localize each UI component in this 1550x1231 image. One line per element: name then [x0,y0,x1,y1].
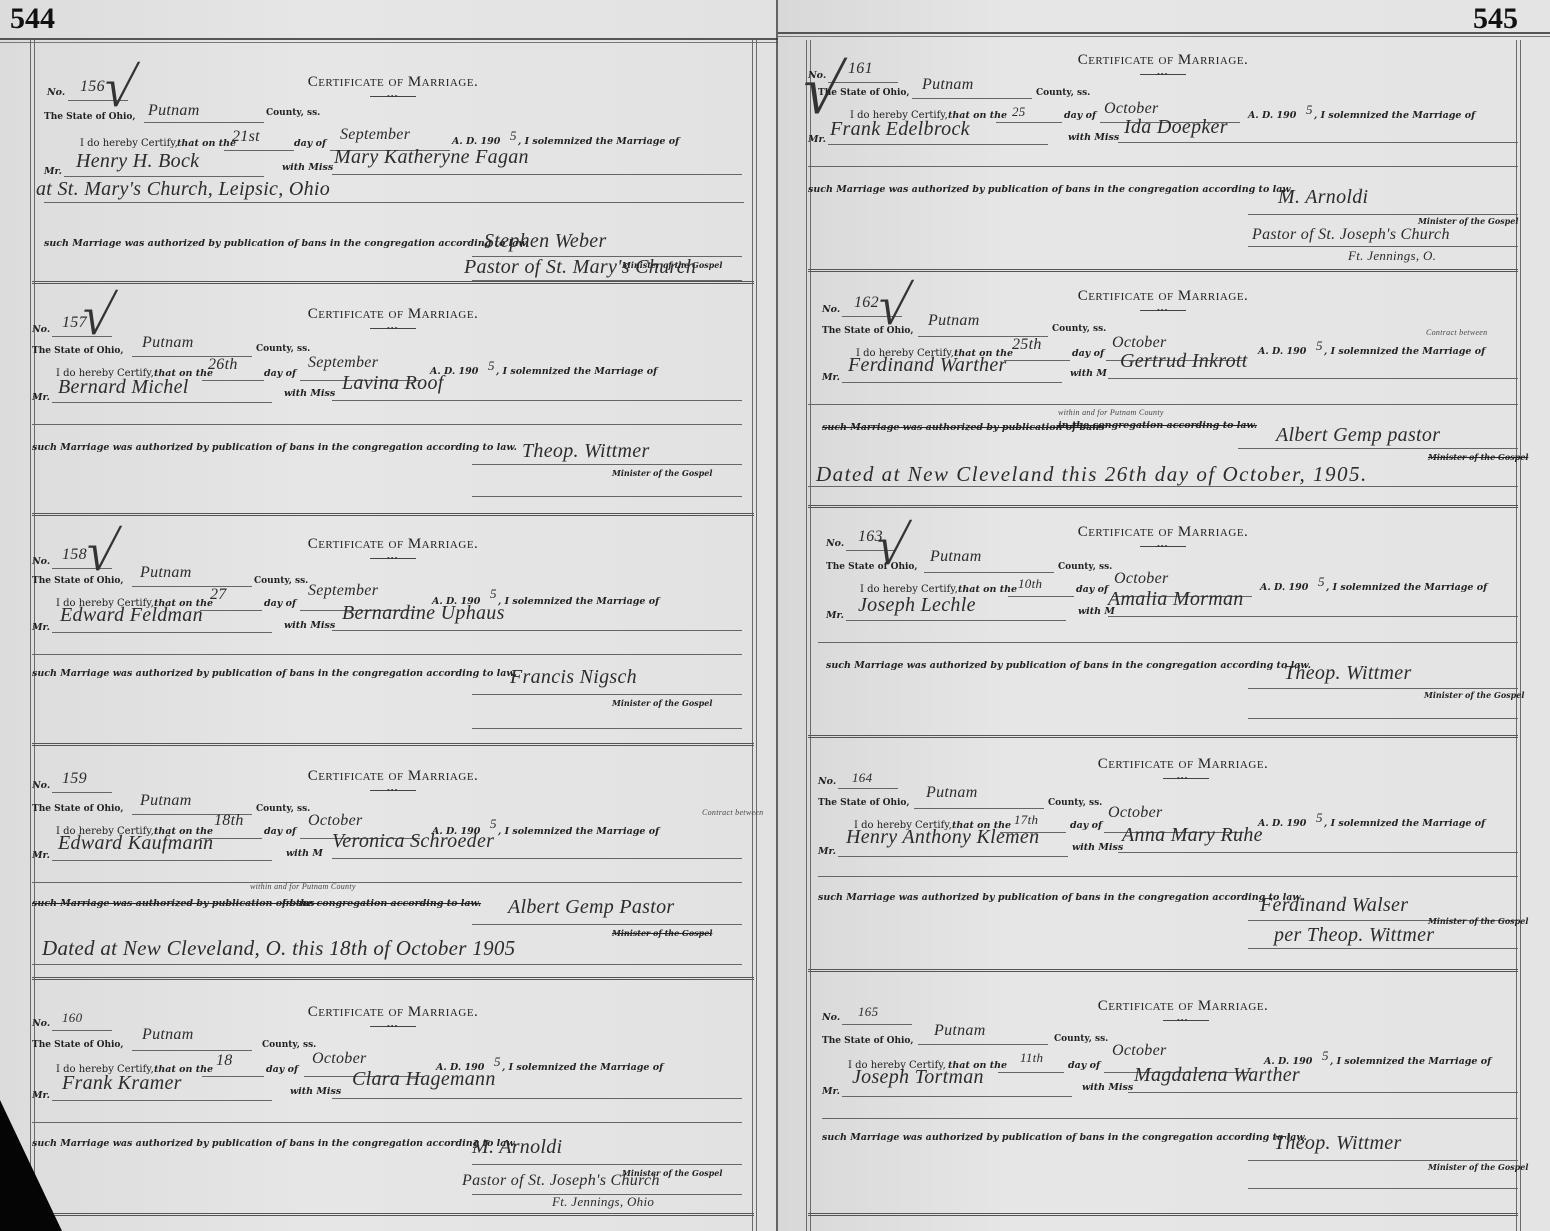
signature-line [472,694,742,695]
label-county: County, ss. [1052,324,1106,334]
label-no: No. [32,556,50,567]
county-value: Putnam [140,792,192,810]
label-day-of: day of [264,826,296,837]
label-day-of: day of [264,598,296,609]
label-certify: I do hereby Certify, [80,138,178,149]
label-solemnized: , I solemnized the Marriage of [498,826,659,837]
title-ornament: ••• [387,554,398,563]
minister-signature: Theop. Wittmer [1284,662,1412,685]
year-suffix: 5 [510,128,517,144]
bride-line [1108,378,1518,379]
cert-number: 159 [62,770,87,788]
label-county: County, ss. [1048,798,1102,808]
label-solemnized: , I solemnized the Marriage of [1330,1056,1491,1067]
title-line [1248,948,1518,949]
label-solemnized: , I solemnized the Marriage of [1324,818,1485,829]
label-ad: A. D. 190 [1248,110,1296,121]
label-solemnized: , I solemnized the Marriage of [1324,346,1485,357]
page-number-right: 545 [1473,2,1518,36]
label-with: with Miss [284,620,335,631]
label-minister: Minister of the Gospel [1428,452,1528,462]
title-ornament: ••• [1157,70,1168,79]
year-suffix: 5 [490,586,497,602]
county-value: Putnam [934,1022,986,1040]
day-line [998,1072,1064,1073]
title-line [472,728,742,729]
day-value: 11th [1020,1050,1043,1066]
title-line [1248,1188,1518,1189]
year-suffix: 5 [1322,1048,1329,1064]
month-value: October [308,812,363,830]
certificate-161: Certificate of Marriage. ••• No. 161 √ T… [808,36,1518,272]
label-no: No. [47,87,65,98]
bride-name: Veronica Schroeder [332,830,494,853]
label-with: with M [286,848,323,859]
label-with: with Miss [282,162,333,173]
signature-place: Ft. Jennings, Ohio [552,1194,654,1210]
signature-line [472,1164,742,1165]
county-value: Putnam [926,784,978,802]
certificate-title: Certificate of Marriage. [32,1004,754,1021]
groom-name: Edward Feldman [60,604,203,627]
margin-annotation: Contract between [702,808,763,817]
dated-line [32,964,742,965]
cert-number: 162 [854,294,879,312]
county-line [144,122,264,123]
authorization-text-b: in the congregation according to law. [1058,420,1257,431]
groom-line [842,1096,1072,1097]
county-value: Putnam [140,564,192,582]
county-line [912,98,1032,99]
signature-title: Pastor of St. Joseph's Church [1252,226,1450,244]
year-suffix: 5 [1316,338,1323,354]
day-value: 25th [1012,336,1042,354]
day-value: 18 [216,1052,233,1070]
bride-line [332,630,742,631]
label-no: No. [818,776,836,787]
signature-line [1248,214,1518,215]
county-value: Putnam [922,76,974,94]
title-ornament: ••• [1157,306,1168,315]
title-ornament: ••• [387,1022,398,1031]
minister-signature: Ferdinand Walser [1260,894,1408,917]
bride-line [1128,1092,1518,1093]
minister-signature: Francis Nigsch [510,666,637,689]
label-no: No. [32,324,50,335]
label-mr: Mr. [44,166,62,177]
extra-line [818,642,1518,643]
signature-title: Pastor of St. Mary's Church [464,256,696,279]
bride-line [1118,852,1518,853]
label-no: No. [32,1018,50,1029]
label-county: County, ss. [254,576,308,586]
label-mr: Mr. [826,610,844,621]
signature-line [1248,688,1518,689]
county-line [132,1050,252,1051]
signature-line [472,464,742,465]
county-value: Putnam [142,334,194,352]
label-with: with Miss [290,1086,341,1097]
signature-line [1248,1160,1518,1161]
county-value: Putnam [928,312,980,330]
extra-line-text: at St. Mary's Church, Leipsic, Ohio [36,178,330,201]
authorization-text-a: such Marriage was authorized by publicat… [32,898,315,909]
groom-name: Bernard Michel [58,376,189,399]
groom-line [52,632,272,633]
groom-name: Ferdinand Warther [848,354,1007,377]
authorization-text: such Marriage was authorized by publicat… [32,1138,517,1149]
label-no: No. [822,1012,840,1023]
day-line [1004,360,1070,361]
day-line [202,380,264,381]
label-day-of: day of [1072,348,1104,359]
certificate-title: Certificate of Marriage. [32,536,754,553]
label-mr: Mr. [818,846,836,857]
label-state: The State of Ohio, [32,1040,124,1050]
authorization-text: such Marriage was authorized by publicat… [44,238,529,249]
title-ornament: ••• [387,786,398,795]
title-ornament: ••• [387,324,398,333]
label-day-of: day of [1064,110,1096,121]
bride-name: Bernardine Uphaus [342,602,505,625]
extra-line [818,876,1518,877]
certificate-title: Certificate of Marriage. [808,52,1518,69]
certificate-title: Certificate of Marriage. [32,768,754,785]
label-mr: Mr. [32,622,50,633]
label-with: with Miss [1072,842,1123,853]
signature-place: Ft. Jennings, O. [1348,248,1436,264]
certificate-165: Certificate of Marriage. ••• No. 165 The… [808,972,1518,1216]
day-line [200,610,262,611]
signature-title: per Theop. Wittmer [1274,924,1434,947]
county-line [924,572,1054,573]
authorization-text: such Marriage was authorized by publicat… [32,442,517,453]
dated-line-text: Dated at New Cleveland this 26th day of … [816,462,1368,487]
groom-line [52,1100,272,1101]
certificate-160: Certificate of Marriage. ••• No. 160 The… [32,980,754,1216]
no-line [842,1024,912,1025]
label-minister: Minister of the Gospel [612,928,712,938]
label-solemnized: , I solemnized the Marriage of [1326,582,1487,593]
authorization-text: such Marriage was authorized by publicat… [818,892,1303,903]
day-line [202,1076,264,1077]
bride-name: Gertrud Inkrott [1120,350,1248,373]
bride-name: Anna Mary Ruhe [1122,824,1263,847]
day-value: 10th [1018,576,1042,592]
cert-number: 161 [848,60,873,78]
year-suffix: 5 [1316,810,1323,826]
groom-line [838,856,1068,857]
minister-signature: M. Arnoldi [1278,186,1368,209]
label-state: The State of Ohio, [32,346,124,356]
label-minister: Minister of the Gospel [1418,216,1518,226]
label-state: The State of Ohio, [44,112,136,122]
no-line [52,1030,112,1031]
groom-line [828,144,1048,145]
label-county: County, ss. [262,1040,316,1050]
bans-insert: within and for Putnam County [250,882,356,891]
label-that-on-the: that on the [177,138,236,149]
label-mr: Mr. [822,1086,840,1097]
day-value: 18th [214,812,244,830]
ledger-spread: 544 Certificate of Marriage. ••• No. 156… [0,0,1550,1231]
month-value: October [312,1050,367,1068]
bride-name: Clara Hagemann [352,1068,496,1091]
minister-signature: Albert Gemp pastor [1276,424,1440,447]
month-value: September [308,354,378,372]
minister-signature: Albert Gemp Pastor [508,896,675,919]
label-day-of: day of [264,368,296,379]
day-line [224,150,294,151]
county-line [132,586,252,587]
bride-name: Lavina Roof [342,372,444,395]
title-line [1248,718,1518,719]
year-suffix: 5 [1318,574,1325,590]
certificate-157: Certificate of Marriage. ••• No. 157 √ T… [32,284,754,516]
extra-line [808,404,1518,405]
label-mr: Mr. [822,372,840,383]
page-left: 544 Certificate of Marriage. ••• No. 156… [0,0,778,1231]
label-county: County, ss. [1054,1034,1108,1044]
label-day-of: day of [266,1064,298,1075]
label-solemnized: , I solemnized the Marriage of [496,366,657,377]
no-line [838,788,898,789]
extra-line [32,1122,742,1123]
authorization-text: such Marriage was authorized by publicat… [822,1132,1307,1143]
label-county: County, ss. [1058,562,1112,572]
certificate-title: Certificate of Marriage. [32,306,754,323]
day-line [996,122,1062,123]
label-with: with Miss [1082,1082,1133,1093]
label-no: No. [32,780,50,791]
label-minister: Minister of the Gospel [1428,916,1528,926]
no-line [52,792,112,793]
title-ornament: ••• [1177,1016,1188,1025]
label-county: County, ss. [1036,88,1090,98]
label-minister: Minister of the Gospel [1428,1162,1528,1172]
label-with: with Miss [1068,132,1119,143]
day-value: 26th [208,356,238,374]
groom-line [52,860,272,861]
county-value: Putnam [142,1026,194,1044]
label-ad: A. D. 190 [1260,582,1308,593]
dated-line-text: Dated at New Cleveland, O. this 18th of … [42,936,515,961]
bride-name: Magdalena Warther [1134,1064,1300,1087]
certificate-title: Certificate of Marriage. [848,756,1518,773]
certificate-title: Certificate of Marriage. [848,998,1518,1015]
extra-line [32,882,742,883]
bride-line [332,858,742,859]
county-value: Putnam [148,102,200,120]
label-day-of: day of [1068,1060,1100,1071]
cert-number: 165 [858,1004,878,1020]
label-ad: A. D. 190 [1258,346,1306,357]
month-value: October [1108,804,1163,822]
label-with: with M [1070,368,1107,379]
cert-number: 160 [62,1010,82,1026]
bride-name: Ida Doepker [1124,116,1228,139]
title-ornament: ••• [387,92,398,101]
bride-line [332,174,742,175]
month-value: October [1114,570,1169,588]
certificate-title: Certificate of Marriage. [808,524,1518,541]
label-county: County, ss. [256,344,310,354]
month-value: September [308,582,378,600]
label-county: County, ss. [266,108,320,118]
certificate-156: Certificate of Marriage. ••• No. 156 √ T… [32,42,754,284]
groom-name: Edward Kaufmann [58,832,213,855]
label-county: County, ss. [256,804,310,814]
groom-name: Joseph Tortman [852,1066,984,1089]
bride-line [1118,142,1518,143]
label-solemnized: , I solemnized the Marriage of [498,596,659,607]
title-ornament: ••• [1177,774,1188,783]
authorization-text: such Marriage was authorized by publicat… [826,660,1311,671]
certificate-163: Certificate of Marriage. ••• No. 163 √ T… [808,508,1518,738]
month-value: September [340,126,410,144]
day-line [1008,596,1074,597]
check-mark-icon: √ [76,288,119,344]
extra-line [32,654,742,655]
county-value: Putnam [930,548,982,566]
label-minister: Minister of the Gospel [612,698,712,708]
county-line [914,808,1044,809]
authorization-text-b: in the congregation according to law. [282,898,481,909]
minister-signature: Theop. Wittmer [522,440,650,463]
certificate-159: Certificate of Marriage. ••• No. 159 The… [32,746,754,980]
bride-line [332,400,742,401]
extra-line [44,202,744,203]
margin-annotation: Contract between [1426,328,1487,337]
certificate-162: Certificate of Marriage. ••• No. 162 √ T… [808,272,1518,508]
check-mark-icon: √ [98,60,141,116]
signature-line [1238,448,1518,449]
extra-line [32,424,742,425]
scan-shadow [0,1130,10,1231]
authorization-text: such Marriage was authorized by publicat… [808,184,1293,195]
label-state: The State of Ohio, [822,326,914,336]
label-ad: A. D. 190 [1258,818,1306,829]
bride-line [1108,616,1518,617]
groom-name: Frank Edelbrock [830,118,970,141]
label-solemnized: , I solemnized the Marriage of [502,1062,663,1073]
label-no: No. [822,304,840,315]
extra-line [808,166,1518,167]
minister-signature: M. Arnoldi [472,1136,562,1159]
label-mr: Mr. [32,850,50,861]
certificate-title: Certificate of Marriage. [32,74,754,91]
day-value: 25 [1012,104,1026,120]
check-mark-icon: √ [80,524,123,580]
groom-line [842,382,1062,383]
label-solemnized: , I solemnized the Marriage of [518,136,679,147]
day-value: 21st [232,128,260,146]
year-suffix: 5 [488,358,495,374]
label-state: The State of Ohio, [818,798,910,808]
county-line [918,1044,1048,1045]
label-mr: Mr. [32,392,50,403]
label-day-of: day of [1076,584,1108,595]
bans-insert: within and for Putnam County [1058,408,1164,417]
groom-name: Frank Kramer [62,1072,182,1095]
extra-line [822,1118,1518,1119]
groom-line [64,176,264,177]
groom-line [52,402,272,403]
signature-line [472,924,742,925]
bride-name: Amalia Morman [1108,588,1244,611]
label-minister: Minister of the Gospel [612,468,712,478]
cert-number: 164 [852,770,872,786]
label-state: The State of Ohio, [32,576,124,586]
day-value: 27 [210,586,227,604]
certificate-title: Certificate of Marriage. [808,288,1518,305]
year-suffix: 5 [1306,102,1313,118]
cert-number: 156 [80,78,105,96]
label-day-of: day of [1070,820,1102,831]
label-solemnized: , I solemnized the Marriage of [1314,110,1475,121]
certificate-164: Certificate of Marriage. ••• No. 164 The… [808,738,1518,972]
page-right: 545 Certificate of Marriage. ••• No. 161… [778,0,1550,1231]
title-ornament: ••• [1157,542,1168,551]
label-state: The State of Ohio, [826,562,918,572]
label-with: with Miss [284,388,335,399]
groom-line [846,620,1066,621]
page-number-left: 544 [10,2,55,36]
label-no: No. [826,538,844,549]
label-mr: Mr. [808,134,826,145]
minister-signature: Stephen Weber [484,230,607,253]
groom-name: Joseph Lechle [858,594,976,617]
title-line [472,280,742,281]
label-minister: Minister of the Gospel [1424,690,1524,700]
certificate-158: Certificate of Marriage. ••• No. 158 √ T… [32,516,754,746]
title-line [1248,246,1518,247]
label-state: The State of Ohio, [818,88,910,98]
authorization-text: such Marriage was authorized by publicat… [32,668,517,679]
label-state: The State of Ohio, [822,1036,914,1046]
label-state: The State of Ohio, [32,804,124,814]
groom-name: Henry H. Bock [76,150,199,173]
bride-name: Mary Katheryne Fagan [334,146,529,169]
bride-line [332,1098,742,1099]
label-day-of: day of [294,138,326,149]
title-line [472,496,742,497]
month-value: October [1112,1042,1167,1060]
groom-name: Henry Anthony Klemen [846,826,1039,849]
minister-signature: Theop. Wittmer [1274,1132,1402,1155]
signature-title: Pastor of St. Joseph's Church [462,1172,660,1190]
